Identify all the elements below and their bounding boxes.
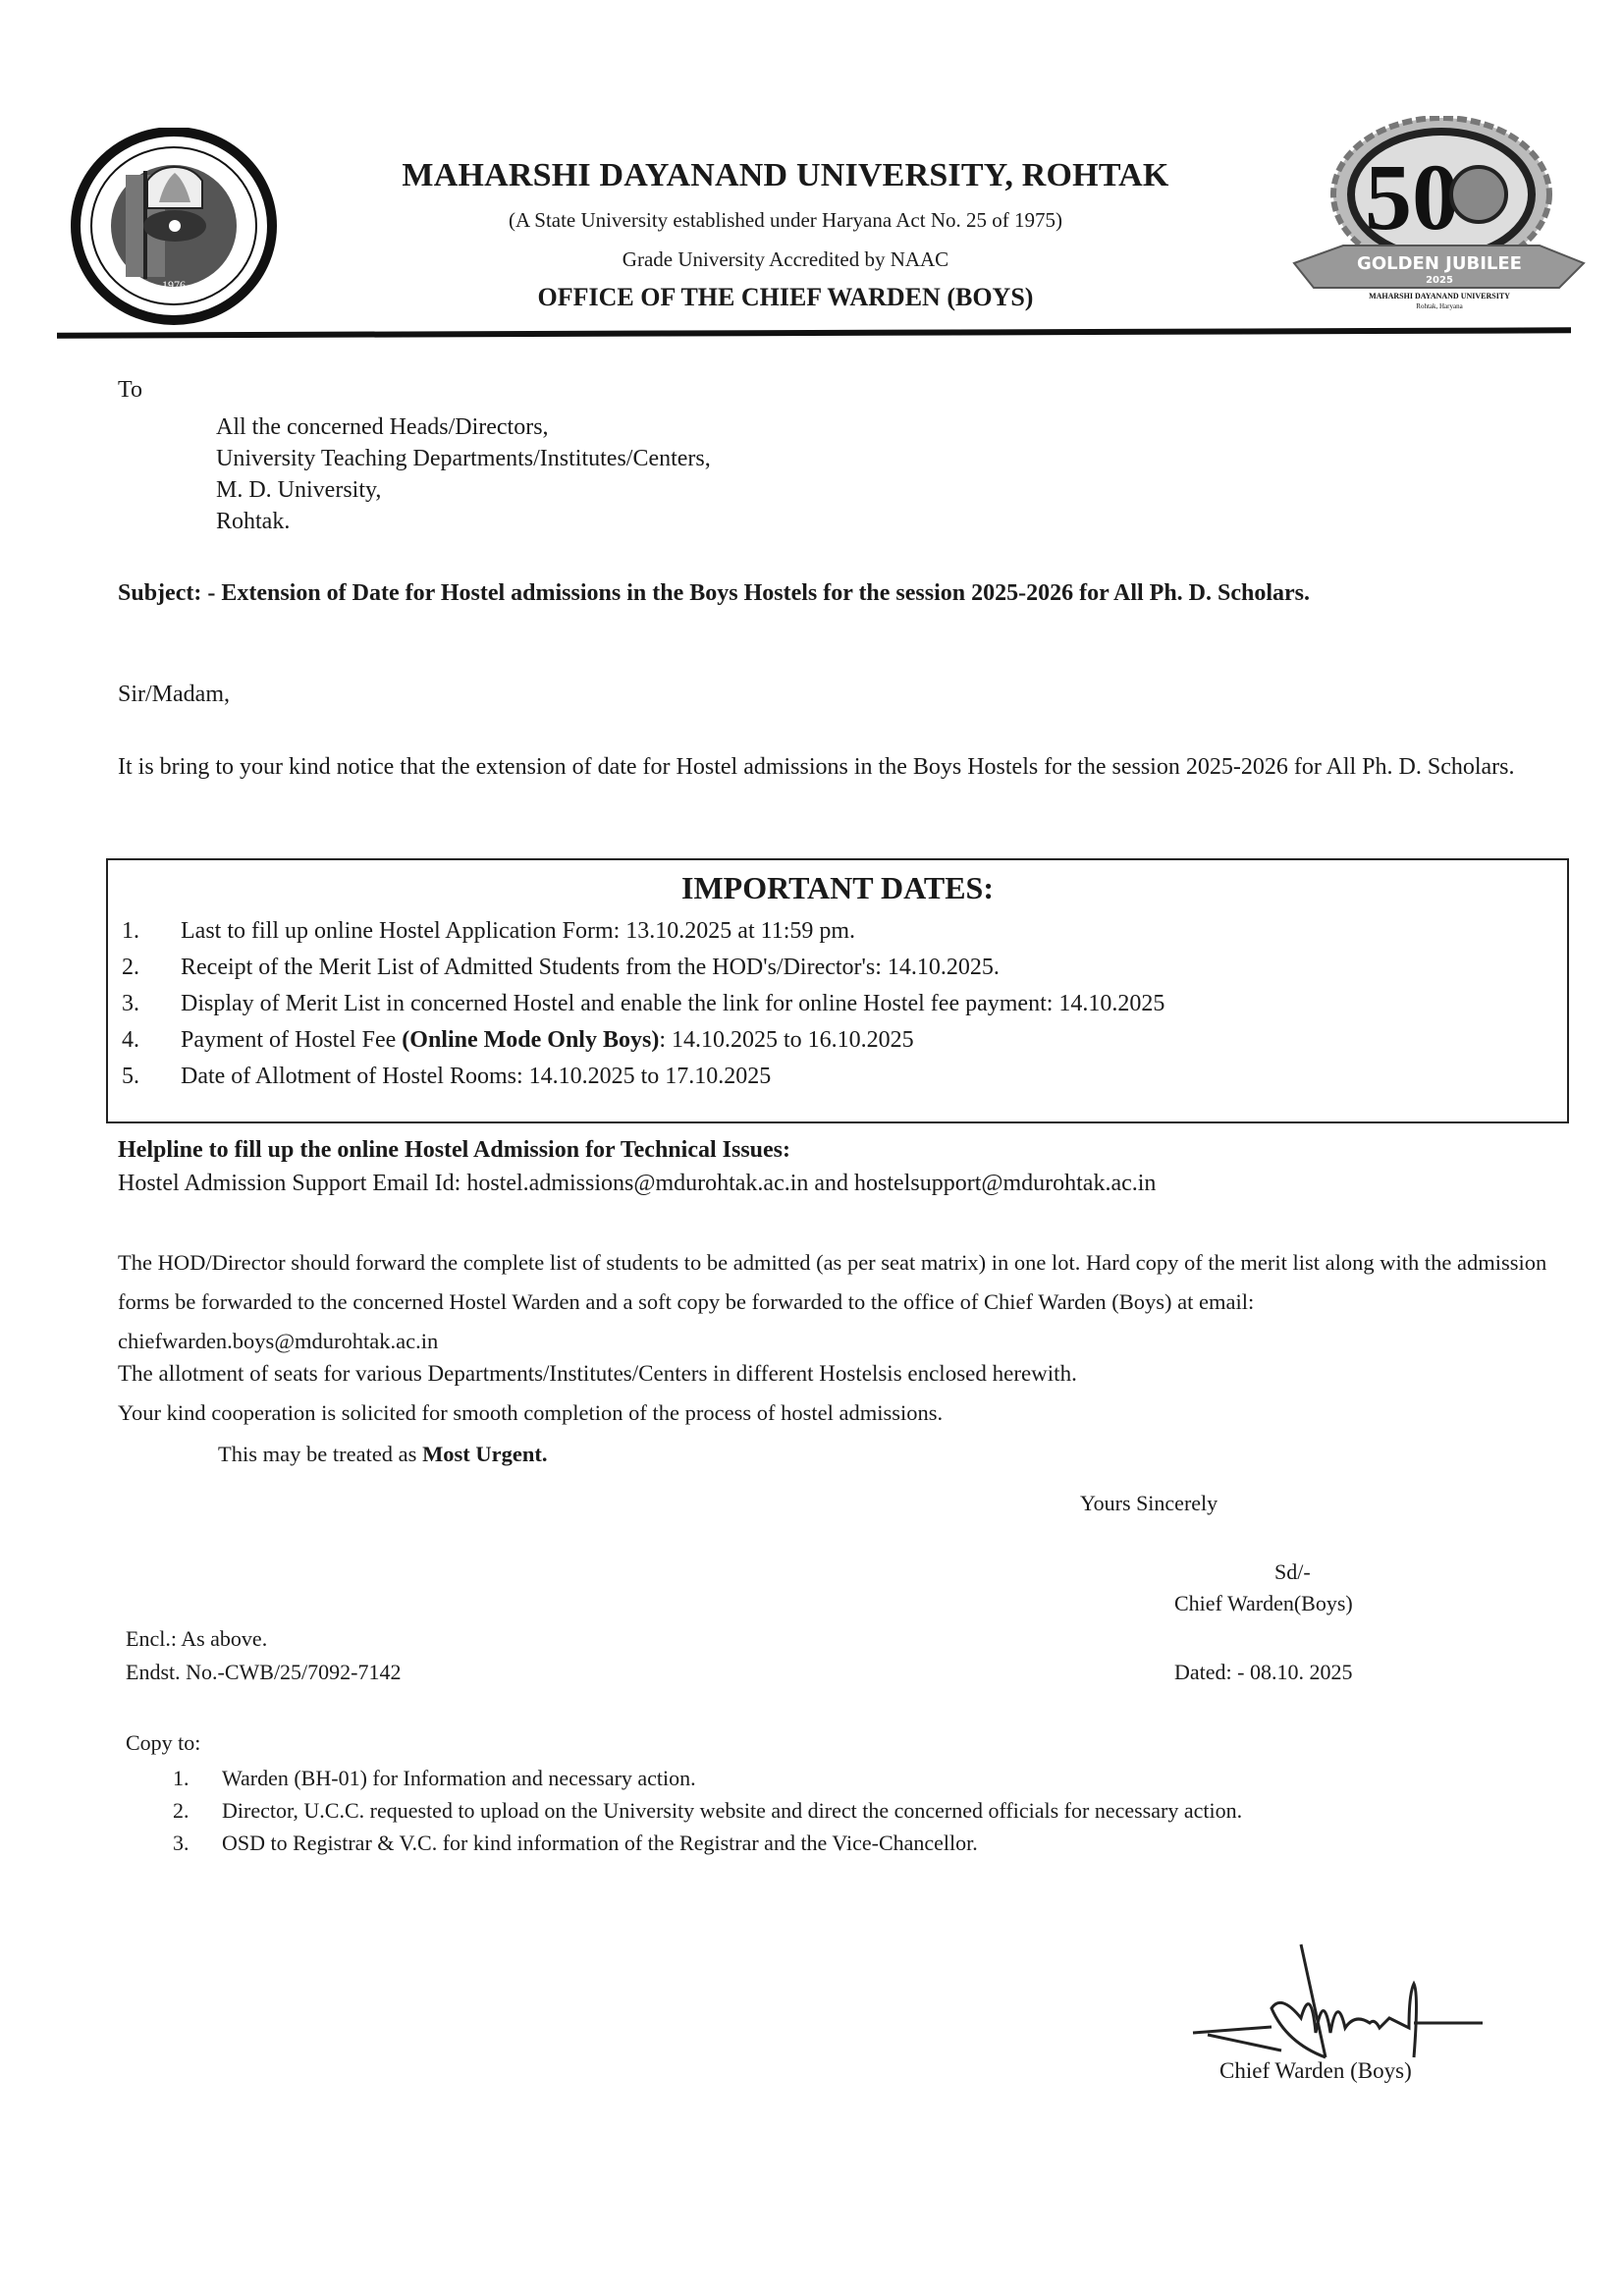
cooperation-note: Your kind cooperation is solicited for s… [118, 1400, 943, 1426]
helpline-emails: Hostel Admission Support Email Id: hoste… [118, 1167, 1156, 1200]
date-item: 5.Date of Allotment of Hostel Rooms: 14.… [122, 1059, 1164, 1095]
naac-accreditation: Grade University Accredited by NAAC [324, 247, 1247, 272]
university-name: MAHARSHI DAYANAND UNIVERSITY, ROHTAK [324, 157, 1247, 194]
address-line: All the concerned Heads/Directors, [216, 410, 711, 442]
instruction-paragraph: The HOD/Director should forward the comp… [118, 1243, 1561, 1361]
to-label: To [118, 373, 142, 407]
office-name: OFFICE OF THE CHIEF WARDEN (BOYS) [324, 283, 1247, 312]
address-line: M. D. University, [216, 473, 711, 505]
important-dates-box: IMPORTANT DATES: 1.Last to fill up onlin… [106, 858, 1569, 1123]
closing-sincerely: Yours Sincerely [1080, 1491, 1218, 1516]
header-divider [57, 327, 1571, 338]
golden-jubilee-logo: 50 GOLDEN JUBILEE 2025 MAHARSHI DAYANAND… [1274, 116, 1595, 312]
date-item: 3.Display of Merit List in concerned Hos… [122, 986, 1164, 1022]
recipient-address: All the concerned Heads/Directors, Unive… [216, 410, 711, 536]
signed-mark: Sd/- [1274, 1559, 1311, 1585]
svg-text:2025: 2025 [1426, 275, 1453, 286]
copy-item: 1.Warden (BH-01) for Information and nec… [173, 1762, 1557, 1794]
subject-line: Subject: - Extension of Date for Hostel … [118, 574, 1532, 612]
salutation: Sir/Madam, [118, 678, 230, 711]
copy-to-list: 1.Warden (BH-01) for Information and nec… [173, 1762, 1557, 1859]
date-item: 2.Receipt of the Merit List of Admitted … [122, 950, 1164, 986]
endorsement-number: Endst. No.-CWB/25/7092-7142 [126, 1660, 402, 1685]
letter-date: Dated: - 08.10. 2025 [1174, 1660, 1352, 1685]
svg-text:50: 50 [1365, 144, 1459, 249]
important-dates-list: 1.Last to fill up online Hostel Applicat… [122, 913, 1164, 1095]
important-dates-title: IMPORTANT DATES: [108, 870, 1567, 906]
signature-designation: Chief Warden (Boys) [1219, 2058, 1412, 2084]
copy-item: 3.OSD to Registrar & V.C. for kind infor… [173, 1827, 1557, 1859]
copy-to-label: Copy to: [126, 1730, 200, 1756]
svg-text:Rohtak, Haryana: Rohtak, Haryana [1416, 302, 1463, 310]
svg-text:1976: 1976 [162, 278, 186, 292]
address-line: Rohtak. [216, 505, 711, 536]
copy-item: 2.Director, U.C.C. requested to upload o… [173, 1794, 1557, 1827]
svg-text:GOLDEN JUBILEE: GOLDEN JUBILEE [1357, 253, 1522, 274]
university-emblem-logo: 1976 [65, 128, 283, 330]
address-line: University Teaching Departments/Institut… [216, 442, 711, 473]
date-item: 4.Payment of Hostel Fee (Online Mode Onl… [122, 1022, 1164, 1059]
helpline-title: Helpline to fill up the online Hostel Ad… [118, 1133, 790, 1167]
allotment-note: The allotment of seats for various Depar… [118, 1361, 1077, 1387]
svg-text:MAHARSHI DAYANAND UNIVERSITY: MAHARSHI DAYANAND UNIVERSITY [1369, 292, 1510, 301]
signatory-designation: Chief Warden(Boys) [1174, 1591, 1353, 1616]
date-item: 1.Last to fill up online Hostel Applicat… [122, 913, 1164, 950]
urgency-note: This may be treated as Most Urgent. [218, 1442, 548, 1467]
intro-paragraph: It is bring to your kind notice that the… [118, 748, 1537, 786]
enclosure-note: Encl.: As above. [126, 1626, 267, 1652]
university-act: (A State University established under Ha… [324, 208, 1247, 233]
